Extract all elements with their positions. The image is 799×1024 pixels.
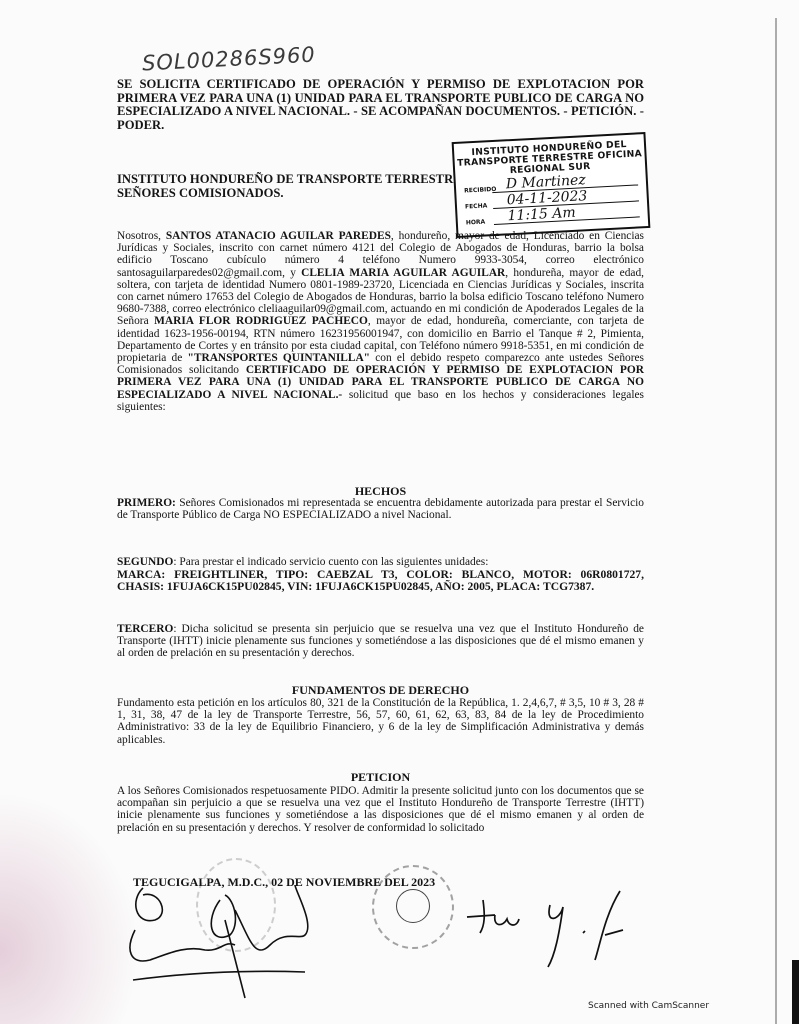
segundo-label: SEGUNDO — [117, 556, 173, 568]
addressee-commissioners: SEÑORES COMISIONADOS. — [117, 186, 462, 200]
signature-2 — [455, 885, 645, 975]
intro-run: CLELIA MARIA AGUILAR AGUILAR — [301, 267, 505, 279]
intro-run: MARIA FLOR RODRIGUEZ PACHECO — [154, 315, 368, 327]
hechos-primero: PRIMERO: Señores Comisionados mi represe… — [117, 497, 644, 521]
seal-emblem-icon — [396, 889, 430, 923]
intro-paragraph: Nosotros, SANTOS ATANACIO AGUILAR PAREDE… — [117, 230, 644, 413]
fundamentos-title: FUNDAMENTOS DE DERECHO — [117, 683, 644, 698]
addressee: INSTITUTO HONDUREÑO DE TRANSPORTE TERRES… — [117, 172, 462, 200]
addressee-institution: INSTITUTO HONDUREÑO DE TRANSPORTE TERRES… — [117, 172, 462, 186]
intro-run: SANTOS ATANACIO AGUILAR PAREDES — [166, 230, 391, 242]
hechos-tercero: TERCERO: Dicha solicitud se presenta sin… — [117, 623, 644, 660]
receipt-stamp: INSTITUTO HONDUREÑO DEL TRANSPORTE TERRE… — [452, 132, 651, 238]
primero-text: Señores Comisionados mi representada se … — [117, 497, 644, 521]
stamp-time-label: HORA — [466, 218, 494, 226]
tercero-text: : Dicha solicitud se presenta sin perjui… — [117, 623, 644, 659]
tercero-label: TERCERO — [117, 623, 173, 635]
vehicle-details: MARCA: FREIGHTLINER, TIPO: CAEBZAL T3, C… — [117, 569, 644, 593]
signature-1 — [125, 880, 325, 1000]
document-subject: SE SOLICITA CERTIFICADO DE OPERACIÓN Y P… — [117, 78, 644, 132]
document-page: SOL00286S960 SE SOLICITA CERTIFICADO DE … — [0, 0, 799, 1024]
peticion-text: A los Señores Comisionados respetuosamen… — [117, 785, 644, 834]
stamp-received-label: RECIBIDO — [464, 186, 492, 194]
primero-label: PRIMERO: — [117, 497, 176, 509]
peticion-title: PETICION — [117, 770, 644, 785]
handwritten-request-code: SOL00286S960 — [141, 42, 316, 75]
intro-run: "TRANSPORTES QUINTANILLA" — [188, 352, 370, 364]
intro-run: Nosotros, — [117, 230, 166, 242]
fundamentos-text: Fundamento esta petición en los artículo… — [117, 697, 644, 746]
hechos-segundo: SEGUNDO: Para prestar el indicado servic… — [117, 556, 644, 568]
segundo-text: : Para prestar el indicado servicio cuen… — [173, 556, 488, 568]
stamp-date-label: FECHA — [465, 202, 493, 210]
camscanner-watermark: Scanned with CamScanner — [588, 1001, 709, 1011]
